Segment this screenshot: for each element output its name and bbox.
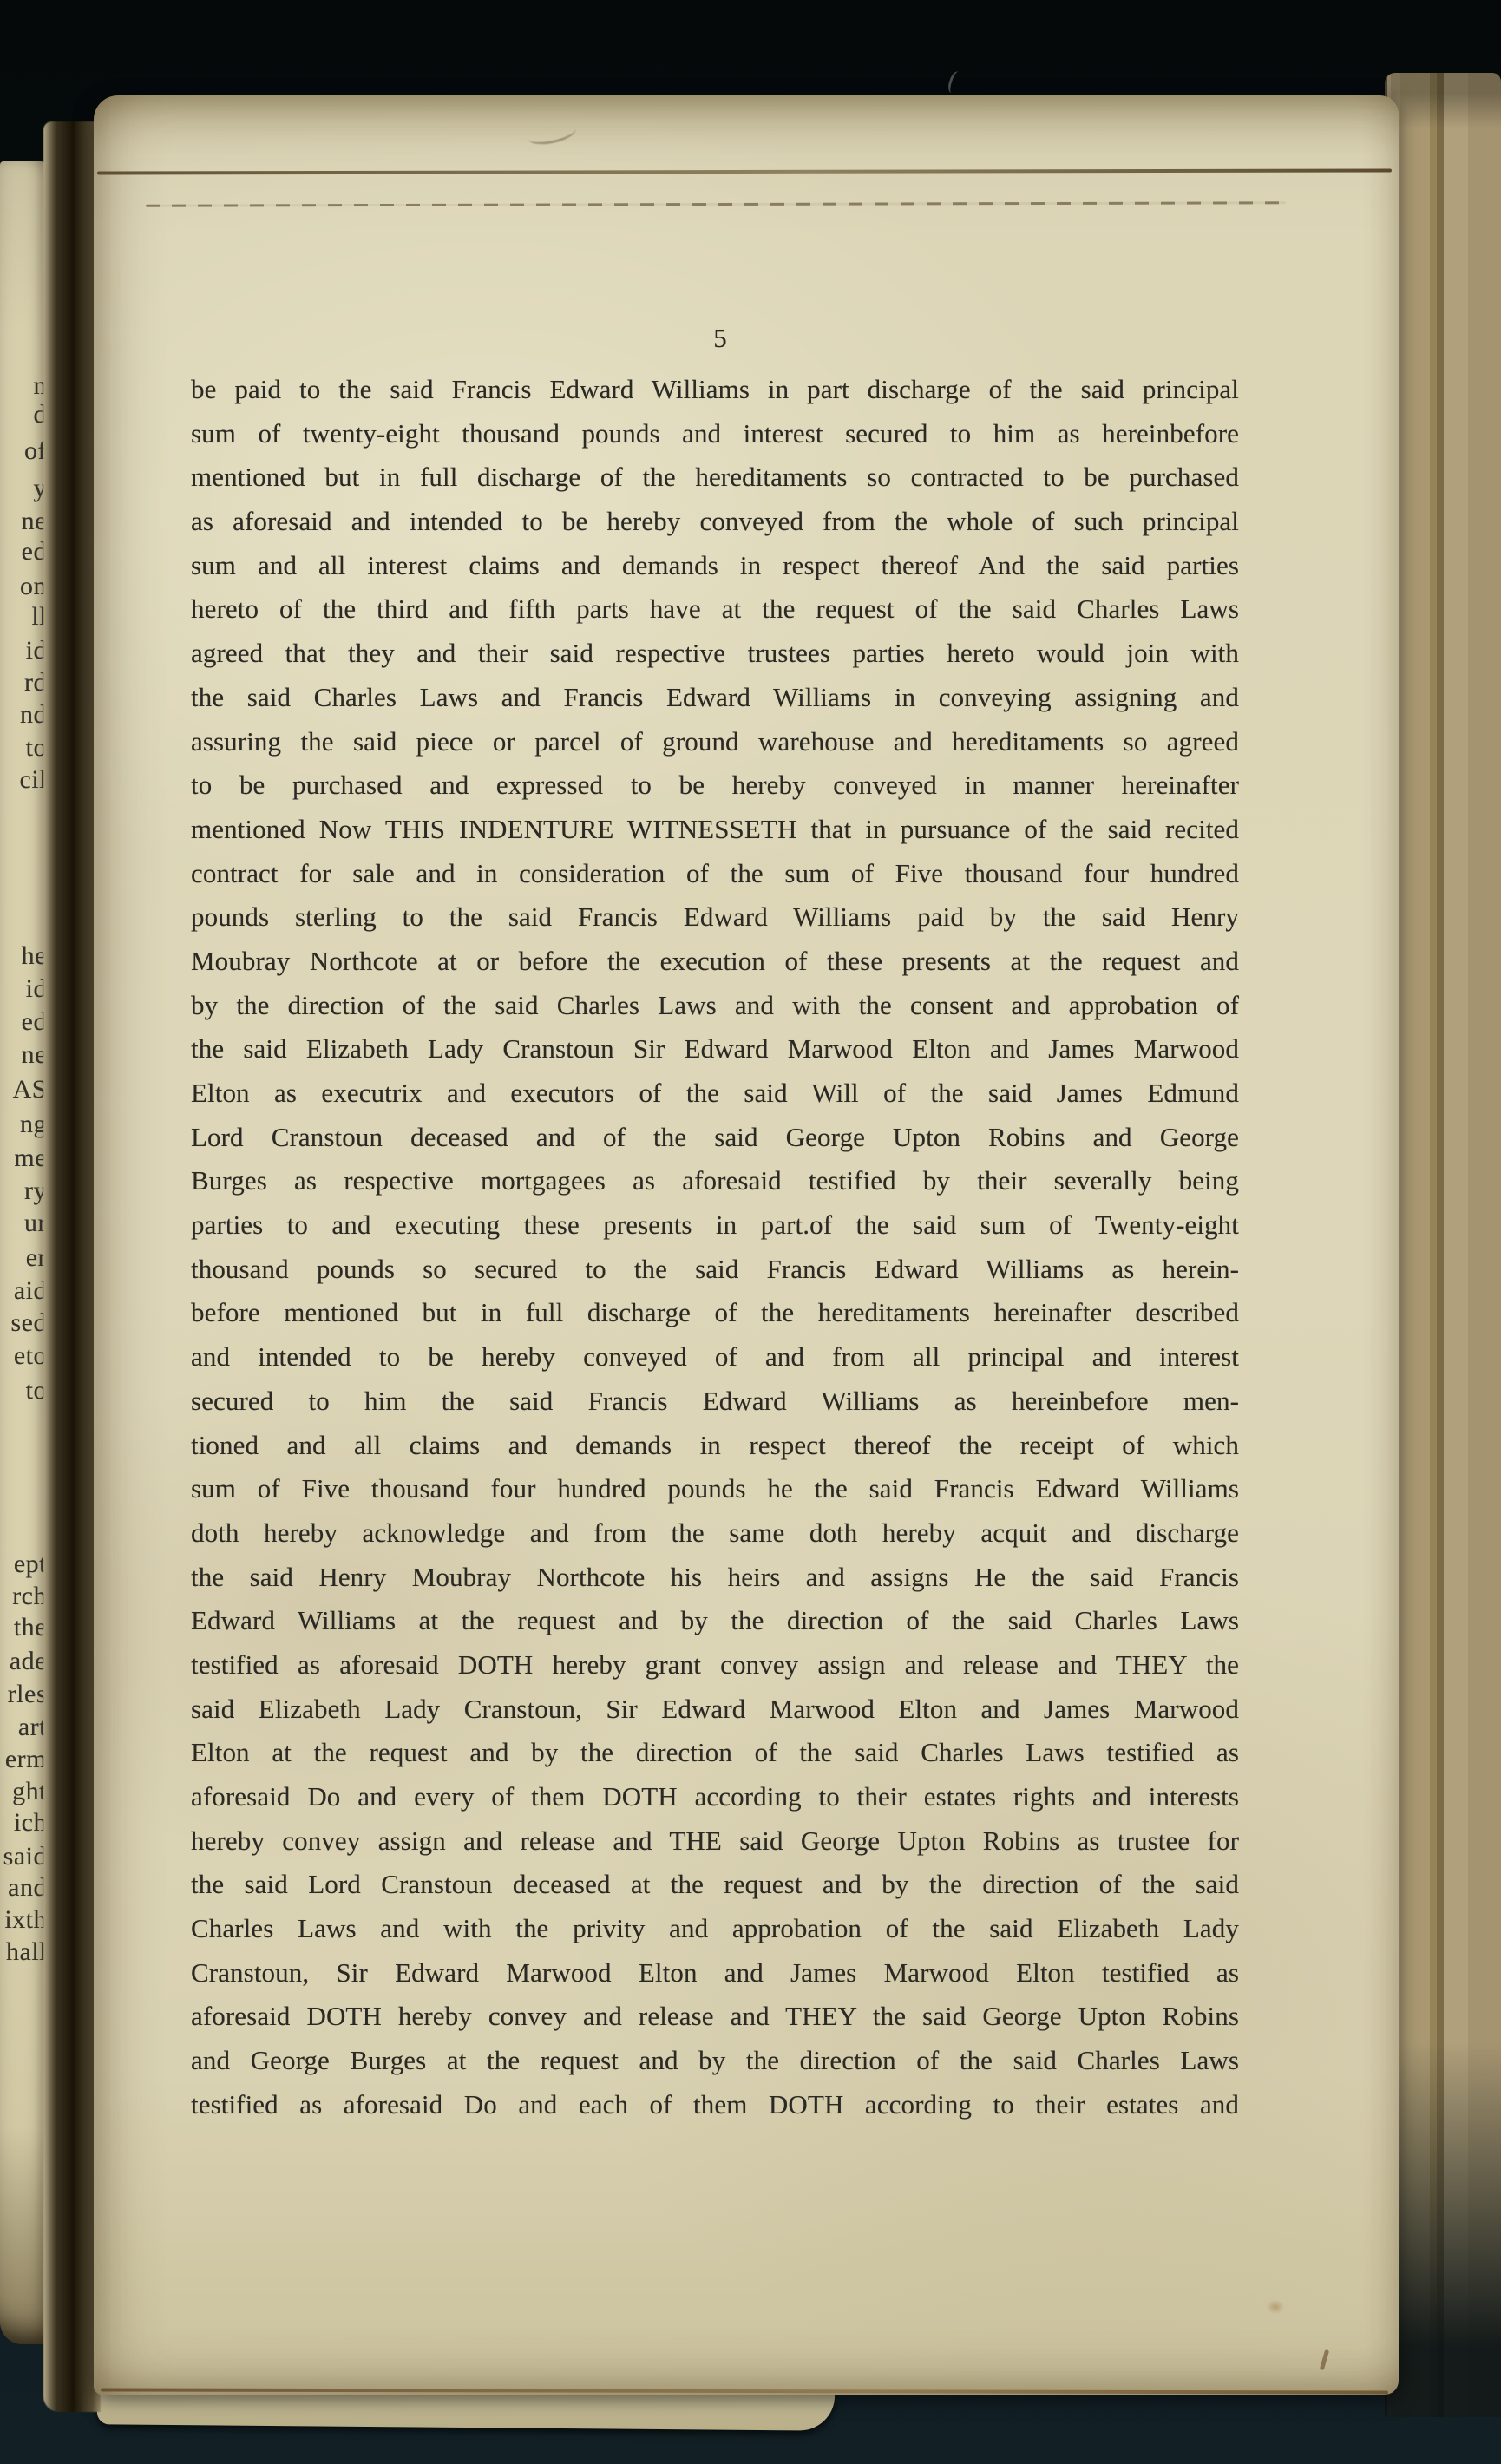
text-line: the said Charles Laws and Francis Edward…: [191, 676, 1239, 720]
page-top-edge-line-2: [146, 201, 1286, 206]
text-line: and intended to be hereby conveyed of an…: [191, 1335, 1239, 1379]
text-line: be paid to the said Francis Edward Willi…: [191, 368, 1239, 412]
text-line: sum and all interest claims and demands …: [191, 544, 1239, 588]
body-text: be paid to the said Francis Edward Willi…: [191, 368, 1239, 2127]
text-line: hereto of the third and fifth parts have…: [191, 587, 1239, 632]
text-line: the said Henry Moubray Northcote his hei…: [191, 1556, 1239, 1600]
text-line: thousand pounds so secured to the said F…: [191, 1248, 1239, 1292]
text-line: Moubray Northcote at or before the execu…: [191, 940, 1239, 984]
cropped-word-fragment: aid: [14, 1276, 47, 1306]
text-line: assuring the said piece or parcel of gro…: [191, 720, 1239, 764]
cropped-word-fragment: ept: [14, 1550, 47, 1579]
text-line: aforesaid Do and every of them DOTH acco…: [191, 1775, 1239, 1819]
text-line: as aforesaid and intended to be hereby c…: [191, 500, 1239, 544]
cropped-word-fragment: and: [8, 1873, 47, 1903]
cropped-word-fragment: the: [14, 1613, 47, 1642]
text-line: hereby convey assign and release and THE…: [191, 1819, 1239, 1864]
text-line: pounds sterling to the said Francis Edwa…: [191, 895, 1239, 940]
text-line: sum of twenty-eight thousand pounds and …: [191, 412, 1239, 456]
ink-fleck: [1320, 2349, 1329, 2370]
text-line: sum of Five thousand four hundred pounds…: [191, 1467, 1239, 1511]
text-line: the said Lord Cranstoun deceased at the …: [191, 1863, 1239, 1907]
text-line: before mentioned but in full discharge o…: [191, 1291, 1239, 1335]
cropped-word-fragment: eto: [14, 1341, 47, 1371]
book-page: 5 be paid to the said Francis Edward Wil…: [94, 95, 1399, 2395]
text-line: mentioned Now THIS INDENTURE WITNESSETH …: [191, 808, 1239, 852]
page-number: 5: [701, 323, 739, 354]
text-line: Elton as executrix and executors of the …: [191, 1071, 1239, 1116]
pencil-scribble-mark: [526, 120, 577, 147]
text-line: parties to and executing these presents …: [191, 1203, 1239, 1248]
text-line: testified as aforesaid Do and each of th…: [191, 2083, 1239, 2127]
cropped-word-fragment: erm: [5, 1745, 47, 1774]
text-line: mentioned but in full discharge of the h…: [191, 455, 1239, 500]
cropped-word-fragment: ich: [14, 1808, 47, 1838]
cropped-word-fragment: rch: [12, 1582, 47, 1611]
cropped-word-fragment: AS: [13, 1075, 47, 1104]
text-line: Lord Cranstoun deceased and of the said …: [191, 1116, 1239, 1160]
facing-page-text-fragments: ndofyneedonllidrdndtocilheidedneASngmery…: [0, 0, 49, 2464]
text-line: secured to him the said Francis Edward W…: [191, 1379, 1239, 1424]
book-gutter-shadow: [43, 121, 101, 2412]
text-line: tioned and all claims and demands in res…: [191, 1424, 1239, 1468]
text-line: Charles Laws and with the privity and ap…: [191, 1907, 1239, 1951]
text-line: and George Burges at the request and by …: [191, 2039, 1239, 2083]
cropped-word-fragment: sed: [11, 1308, 48, 1338]
text-line: Burges as respective mortgagees as afore…: [191, 1159, 1239, 1203]
cropped-word-fragment: me: [14, 1144, 47, 1173]
text-line: Cranstoun, Sir Edward Marwood Elton and …: [191, 1951, 1239, 1995]
page-bottom-edge-line: [101, 2388, 1388, 2394]
text-line: Edward Williams at the request and by th…: [191, 1599, 1239, 1643]
text-line: aforesaid DOTH hereby convey and release…: [191, 1995, 1239, 2039]
fore-edge-pages: [1385, 73, 1501, 2417]
page-edge-tick-mark: [946, 70, 963, 95]
text-line: agreed that they and their said respecti…: [191, 632, 1239, 676]
paper-stain: [1263, 2297, 1288, 2317]
cropped-word-fragment: hall: [6, 1937, 47, 1967]
cropped-word-fragment: ixth: [4, 1905, 47, 1935]
cropped-word-fragment: ade: [10, 1647, 47, 1676]
text-line: doth hereby acknowledge and from the sam…: [191, 1511, 1239, 1556]
cropped-word-fragment: rles: [8, 1680, 47, 1709]
cropped-word-fragment: ght: [12, 1777, 47, 1806]
text-line: to be purchased and expressed to be here…: [191, 763, 1239, 808]
cropped-word-fragment: said: [3, 1842, 47, 1871]
text-line: contract for sale and in consideration o…: [191, 852, 1239, 896]
text-line: the said Elizabeth Lady Cranstoun Sir Ed…: [191, 1027, 1239, 1071]
text-line: said Elizabeth Lady Cranstoun, Sir Edwar…: [191, 1687, 1239, 1732]
photographed-book-page: ndofyneedonllidrdndtocilheidedneASngmery…: [0, 0, 1501, 2464]
text-line: testified as aforesaid DOTH hereby grant…: [191, 1643, 1239, 1687]
page-top-edge-line: [97, 168, 1392, 174]
text-line: by the direction of the said Charles Law…: [191, 984, 1239, 1028]
text-line: Elton at the request and by the directio…: [191, 1731, 1239, 1775]
